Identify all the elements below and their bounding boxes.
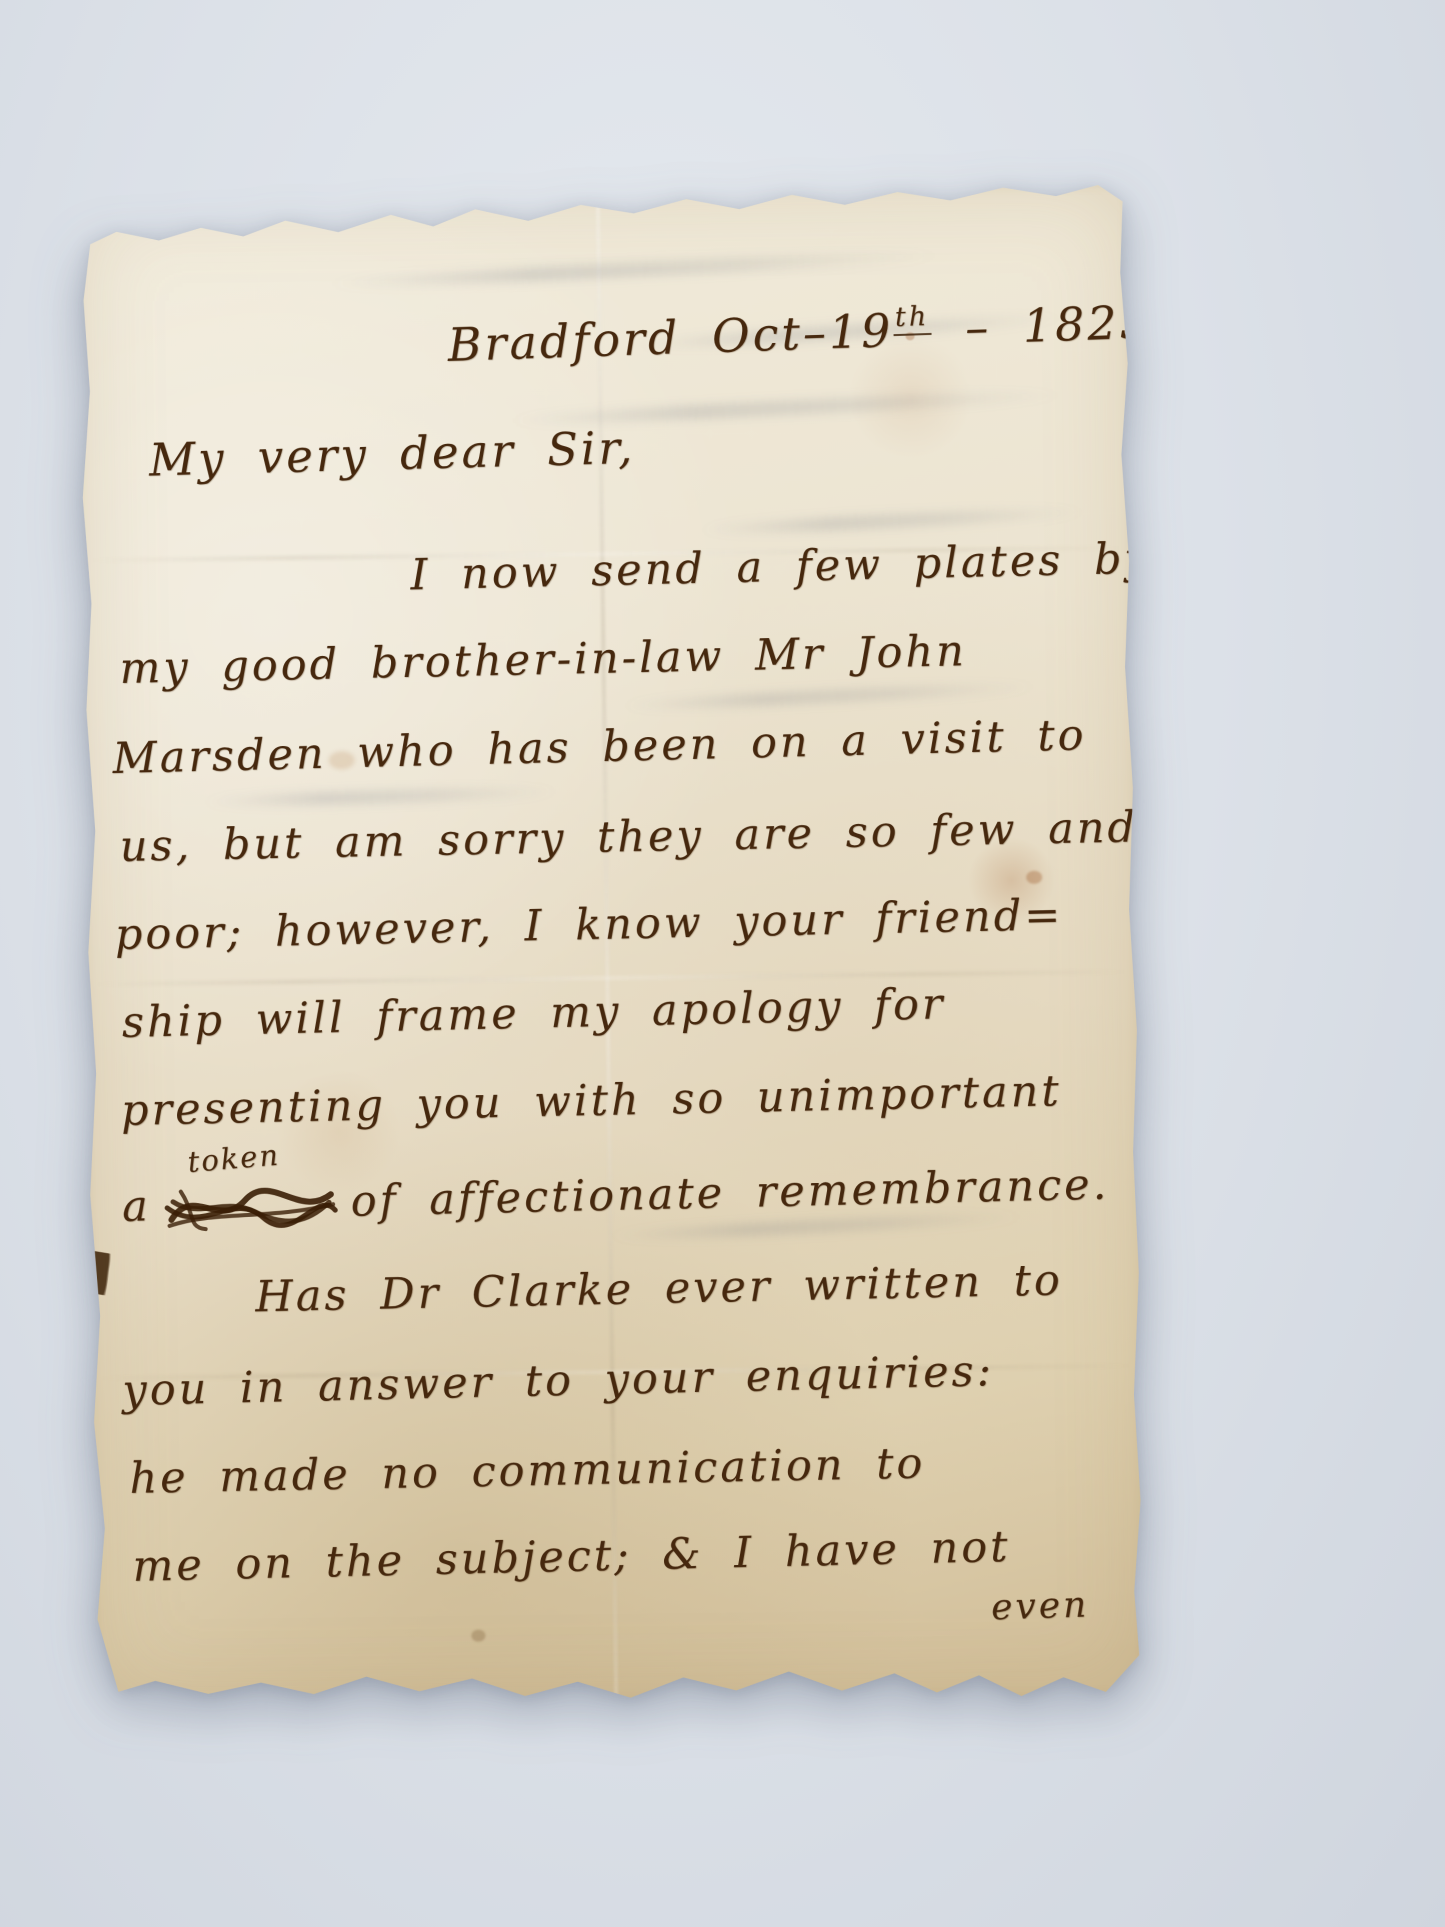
showthrough-mark <box>325 248 945 291</box>
ink-blot <box>88 1251 113 1295</box>
letter-line: ship will frame my apology for <box>121 979 946 1048</box>
letter-line: Has Dr Clarke ever written to <box>255 1255 1064 1322</box>
letter-paper: Bradford Oct–19th – 1825 My very dear Si… <box>74 182 1148 1711</box>
letter-paper-wrapper: Bradford Oct–19th – 1825 My very dear Si… <box>74 182 1148 1711</box>
strikeout-line-suffix: of affectionate remembrance. <box>350 1160 1110 1227</box>
dateline: Bradford Oct–19th – 1825 <box>447 295 1153 372</box>
showthrough-mark <box>201 785 561 808</box>
horizontal-fold-crease <box>94 970 1129 987</box>
dateline-superscript: th <box>892 301 931 336</box>
inserted-word: token <box>186 1138 281 1179</box>
dateline-place-day: Bradford Oct–19 <box>447 303 894 372</box>
letter-line: he made no communication to <box>129 1439 926 1504</box>
letter-line: me on the subject; & I have not <box>132 1522 1011 1592</box>
letter-line: you in answer to your enquiries: <box>122 1346 995 1416</box>
letter-line: I now send a few plates by <box>410 534 1152 601</box>
foxing-stain <box>471 1630 485 1642</box>
photo-background: { "scene": { "description": "Photograph … <box>0 0 1445 1927</box>
letter-line: Marsden who has been on a visit to <box>112 710 1087 784</box>
catchword: even <box>991 1585 1090 1629</box>
showthrough-mark <box>620 680 1040 712</box>
salutation: My very dear Sir, <box>148 421 636 487</box>
letter-line: us, but am sorry they are so few and <box>119 802 1138 872</box>
strikeout-line-prefix: a <box>122 1181 152 1232</box>
letter-line: poor; however, I know your friend= <box>114 890 1063 960</box>
letter-line: my good brother-in-law Mr John <box>119 626 967 694</box>
letter-line: presenting you with so unimportant <box>120 1066 1062 1136</box>
showthrough-mark <box>698 505 1088 536</box>
foxing-stain <box>1026 871 1042 884</box>
scribble-strikeout <box>160 1174 341 1240</box>
dateline-year: – 1825 <box>964 295 1152 355</box>
